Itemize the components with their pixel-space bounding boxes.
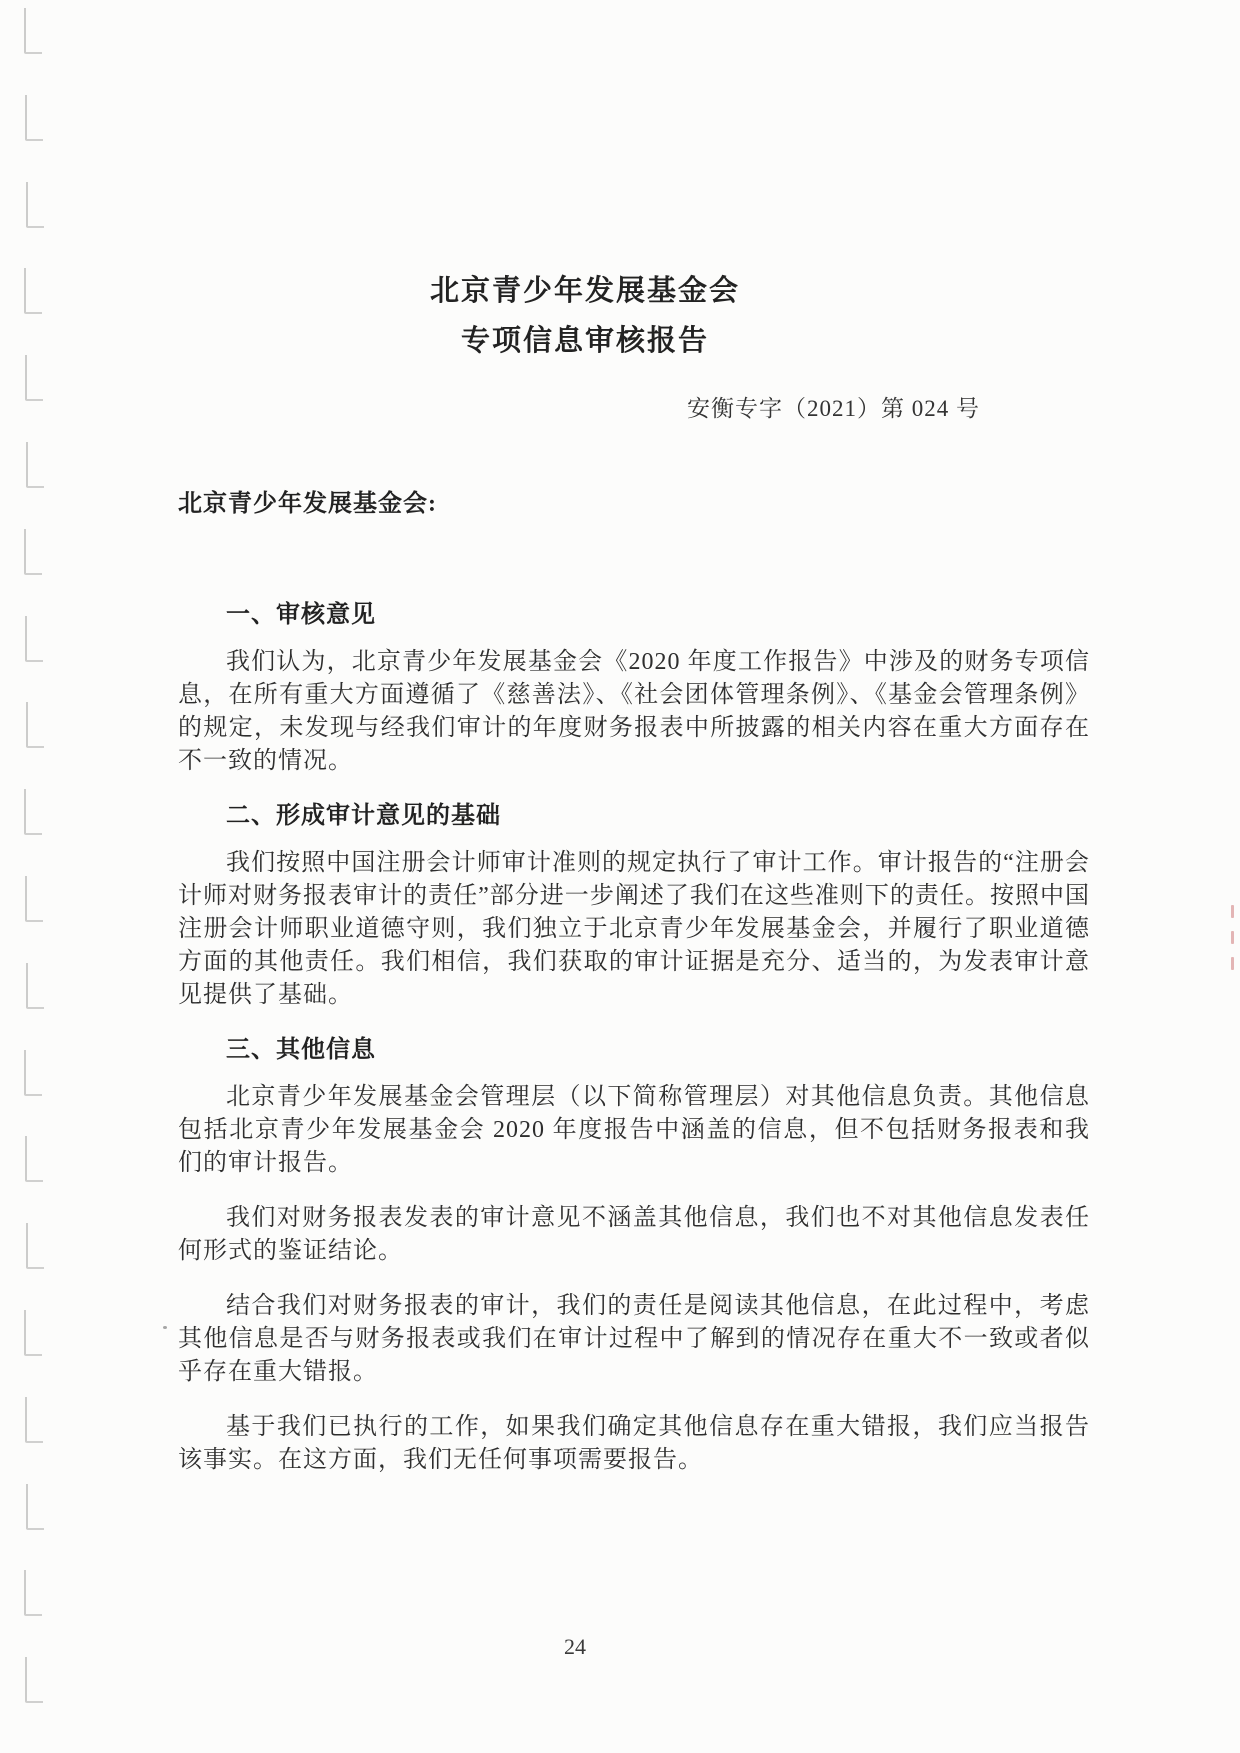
section-3-heading: 三、其他信息 (178, 1034, 1090, 1067)
section-2-heading: 二、形成审计意见的基础 (178, 800, 1090, 833)
scan-edge-mark (1231, 957, 1234, 970)
section-3-paragraph-3: 结合我们对财务报表的审计，我们的责任是阅读其他信息，在此过程中，考虑其他信息是否… (178, 1290, 1090, 1389)
scan-edge-mark (1231, 905, 1234, 918)
scan-edge-mark (1231, 931, 1234, 944)
binding-hole-mark (25, 95, 43, 141)
binding-hole-mark (25, 1136, 43, 1182)
binding-hole-mark (26, 963, 44, 1009)
section-3-paragraph-4: 基于我们已执行的工作，如果我们确定其他信息存在重大错报，我们应当报告该事实。在这… (178, 1411, 1090, 1477)
binding-hole-mark (25, 616, 43, 662)
page-number: 24 (0, 1634, 1150, 1660)
binding-hole-mark (24, 8, 42, 54)
document-title-line2: 专项信息审核报告 (0, 316, 1170, 366)
binding-hole-mark (26, 442, 44, 488)
section-2-paragraph-1: 我们按照中国注册会计师审计准则的规定执行了审计工作。审计报告的“注册会计师对财务… (178, 847, 1090, 1012)
binding-hole-mark (24, 1050, 42, 1096)
binding-hole-mark (26, 1484, 44, 1530)
document-reference-number: 安衡专字（2021）第 024 号 (0, 390, 980, 423)
binding-hole-mark (25, 1397, 43, 1443)
binding-hole-mark (25, 876, 43, 922)
section-3-paragraph-2: 我们对财务报表发表的审计意见不涵盖其他信息，我们也不对其他信息发表任何形式的鉴证… (178, 1202, 1090, 1268)
scanned-document-page: 北京青少年发展基金会 专项信息审核报告 安衡专字（2021）第 024 号 北京… (0, 0, 1240, 1753)
binding-hole-mark (25, 1657, 43, 1703)
section-3-paragraph-1: 北京青少年发展基金会管理层（以下简称管理层）对其他信息负责。其他信息包括北京青少… (178, 1081, 1090, 1180)
addressee-line: 北京青少年发展基金会: (178, 488, 1090, 521)
document-title: 北京青少年发展基金会 专项信息审核报告 (0, 266, 1170, 366)
section-1-paragraph-1: 我们认为，北京青少年发展基金会《2020 年度工作报告》中涉及的财务专项信息，在… (178, 646, 1090, 778)
binding-hole-mark (26, 702, 44, 748)
scan-speck (163, 1326, 167, 1329)
document-title-line1: 北京青少年发展基金会 (0, 266, 1170, 316)
binding-hole-mark (24, 1570, 42, 1616)
binding-hole-mark (24, 1310, 42, 1356)
binding-hole-mark (24, 789, 42, 835)
binding-hole-mark (26, 1223, 44, 1269)
section-1-heading: 一、审核意见 (178, 599, 1090, 632)
binding-hole-mark (26, 182, 44, 228)
binding-hole-mark (24, 529, 42, 575)
document-body: 北京青少年发展基金会: 一、审核意见 我们认为，北京青少年发展基金会《2020 … (178, 488, 1090, 1477)
